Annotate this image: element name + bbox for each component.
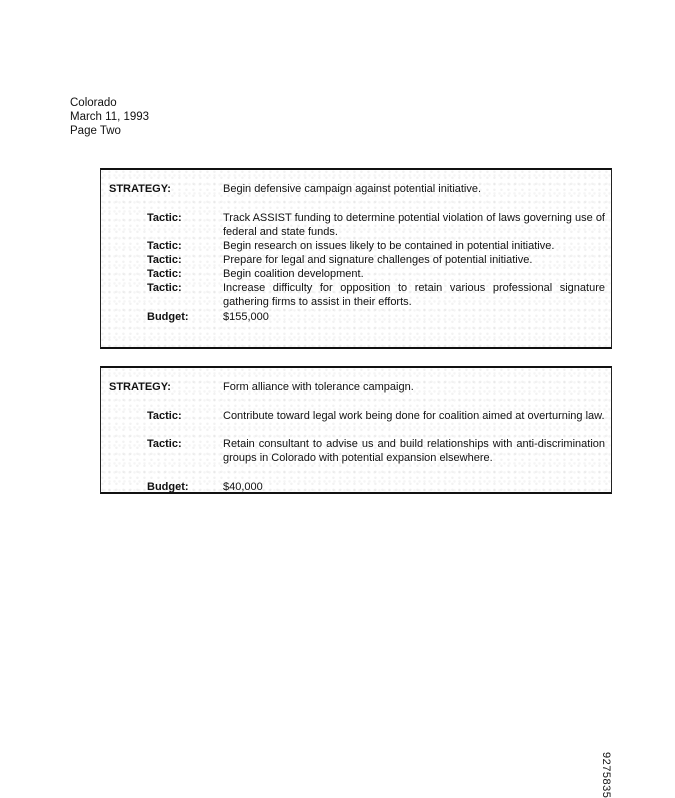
tactic-label: Tactic:	[147, 409, 182, 423]
tactic-label: Tactic:	[147, 253, 182, 267]
tactic-label: Tactic:	[147, 211, 182, 225]
strategy-label: STRATEGY:	[109, 380, 171, 394]
document-number: 92758357	[600, 752, 612, 798]
letter-header: Colorado March 11, 1993 Page Two	[70, 96, 149, 138]
budget-value: $40,000	[223, 480, 605, 494]
tactic-label: Tactic:	[147, 281, 182, 295]
tactic-label: Tactic:	[147, 437, 182, 451]
tactic-text: Increase difficulty for opposition to re…	[223, 281, 605, 309]
header-date: March 11, 1993	[70, 110, 149, 124]
strategy-text: Begin defensive campaign against potenti…	[223, 182, 605, 196]
strategy-text: Form alliance with tolerance campaign.	[223, 380, 605, 394]
strategy-box-2: STRATEGY: Form alliance with tolerance c…	[100, 366, 612, 494]
tactic-label: Tactic:	[147, 267, 182, 281]
tactic-text: Contribute toward legal work being done …	[223, 409, 605, 423]
header-state: Colorado	[70, 96, 149, 110]
tactic-text: Begin research on issues likely to be co…	[223, 239, 605, 253]
strategy-label: STRATEGY:	[109, 182, 171, 196]
tactic-text: Track ASSIST funding to determine potent…	[223, 211, 605, 239]
header-page: Page Two	[70, 124, 149, 138]
tactic-label: Tactic:	[147, 239, 182, 253]
tactic-text: Begin coalition development.	[223, 267, 605, 281]
strategy-box-1: STRATEGY: Begin defensive campaign again…	[100, 168, 612, 349]
tactic-text: Retain consultant to advise us and build…	[223, 437, 605, 465]
budget-value: $155,000	[223, 310, 605, 324]
tactic-text: Prepare for legal and signature challeng…	[223, 253, 605, 267]
budget-label: Budget:	[147, 480, 189, 494]
budget-label: Budget:	[147, 310, 189, 324]
